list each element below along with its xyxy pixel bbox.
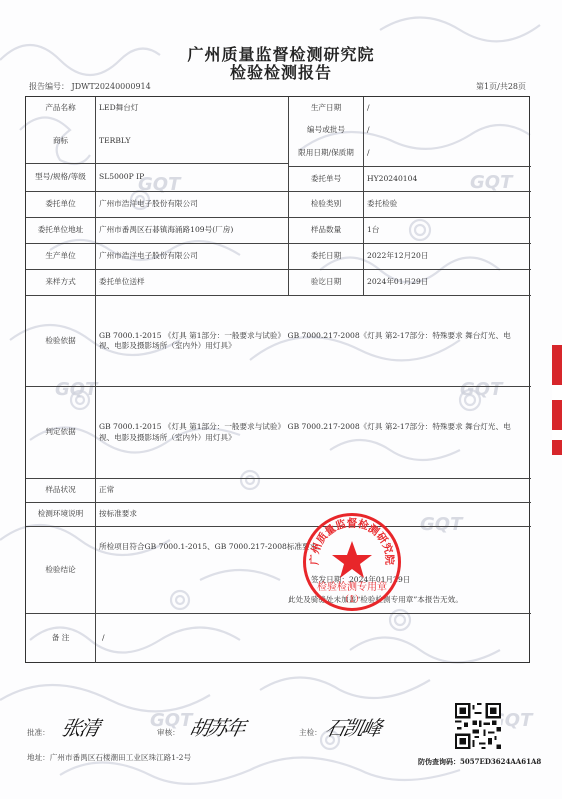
- anti-counterfeit-label: 防伪查询码：: [418, 757, 460, 766]
- client-value: 广州市浩洋电子股份有限公司: [96, 192, 288, 217]
- report-number-label: 报告编号：: [29, 82, 69, 91]
- product-name-label: 产品名称: [26, 97, 95, 119]
- completion-date-value: 2024年01月29日: [364, 270, 531, 295]
- reviewer-label: 审核：: [157, 727, 180, 738]
- validity-note: 此处及骑缝处未加盖“检验检测专用章”本报告无效。: [288, 594, 463, 605]
- seam-stamp-edge: [552, 345, 562, 455]
- manufacturer-value: 广州市浩洋电子股份有限公司: [96, 244, 288, 269]
- judgement-basis-value: GB 7000.1-2015 《灯具 第1部分：一般要求与试验》 GB 7000…: [96, 387, 531, 478]
- batch-no-label: 编号或批号: [289, 119, 363, 141]
- report-number-value: JDWT20240000914: [72, 82, 151, 91]
- approver-signature: 张清: [59, 712, 101, 741]
- sample-qty-value: 1台: [364, 218, 531, 243]
- document-title: 检验检测报告: [0, 60, 562, 83]
- test-type-label: 检验类别: [289, 192, 363, 217]
- client-address-label: 委托单位地址: [26, 218, 95, 243]
- production-date-value: /: [364, 97, 531, 119]
- sampling-method-value: 委托单位送样: [96, 270, 288, 295]
- qr-code[interactable]: [455, 703, 501, 749]
- lab-address: 地址：广州市番禺区石楼潮田工业区珠江路1-2号: [27, 752, 191, 763]
- reviewer-signature: 胡苏年: [187, 712, 247, 741]
- judgement-basis-label: 判定依据: [26, 387, 95, 478]
- sample-status-label: 样品状况: [26, 479, 95, 502]
- environment-label: 检测环境说明: [26, 503, 95, 526]
- order-date-value: 2022年12月20日: [364, 244, 531, 269]
- conclusion-value: 所检项目符合GB 7000.1-2015、GB 7000.217-2008标准要…: [99, 541, 325, 552]
- model-value: SL5000P IP: [96, 164, 288, 191]
- inspector-label: 主检：: [299, 727, 322, 738]
- product-name-value: LED舞台灯: [96, 97, 288, 119]
- client-label: 委托单位: [26, 192, 95, 217]
- manufacturer-label: 生产单位: [26, 244, 95, 269]
- row-divider: [26, 526, 531, 527]
- page-info: 第1页/共28页: [476, 81, 526, 92]
- model-label: 型号/规格/等级: [26, 164, 95, 191]
- sample-status-value: 正常: [96, 479, 531, 502]
- anti-counterfeit-code: 防伪查询码：5057ED3624AA61A8: [418, 757, 541, 767]
- report-number: 报告编号： JDWT20240000914: [29, 81, 151, 92]
- inspector-signature: 石凯峰: [323, 712, 383, 741]
- batch-no-value: /: [364, 119, 531, 141]
- test-basis-label: 检验依据: [26, 296, 95, 386]
- sample-qty-label: 样品数量: [289, 218, 363, 243]
- client-address-value: 广州市番禺区石碁镇海涌路109号(厂房): [96, 218, 288, 243]
- issue-date: 签发日期：2024年01月29日: [311, 574, 410, 585]
- environment-value: 按标准要求: [96, 503, 531, 526]
- order-date-label: 委托日期: [289, 244, 363, 269]
- trademark-label: 商标: [26, 119, 95, 163]
- production-date-label: 生产日期: [289, 97, 363, 119]
- remarks-label: 备 注: [26, 614, 95, 663]
- order-no-value: HY20240104: [364, 167, 531, 191]
- order-no-label: 委托单号: [289, 167, 363, 191]
- conclusion-label: 检验结论: [26, 527, 95, 613]
- expiry-value: /: [364, 141, 531, 166]
- report-info-table: 产品名称 LED舞台灯 商标 TERBLY 型号/规格/等级 SL5000P I…: [25, 96, 530, 663]
- test-type-value: 委托检验: [364, 192, 531, 217]
- anti-counterfeit-value: 5057ED3624AA61A8: [460, 757, 541, 766]
- remarks-value: /: [99, 614, 529, 663]
- test-basis-value: GB 7000.1-2015 《灯具 第1部分：一般要求与试验》 GB 7000…: [96, 296, 531, 386]
- sampling-method-label: 来样方式: [26, 270, 95, 295]
- trademark-value: TERBLY: [96, 119, 288, 163]
- approver-label: 批准：: [27, 727, 50, 738]
- completion-date-label: 验讫日期: [289, 270, 363, 295]
- expiry-label: 限用日期/保质期: [289, 141, 363, 166]
